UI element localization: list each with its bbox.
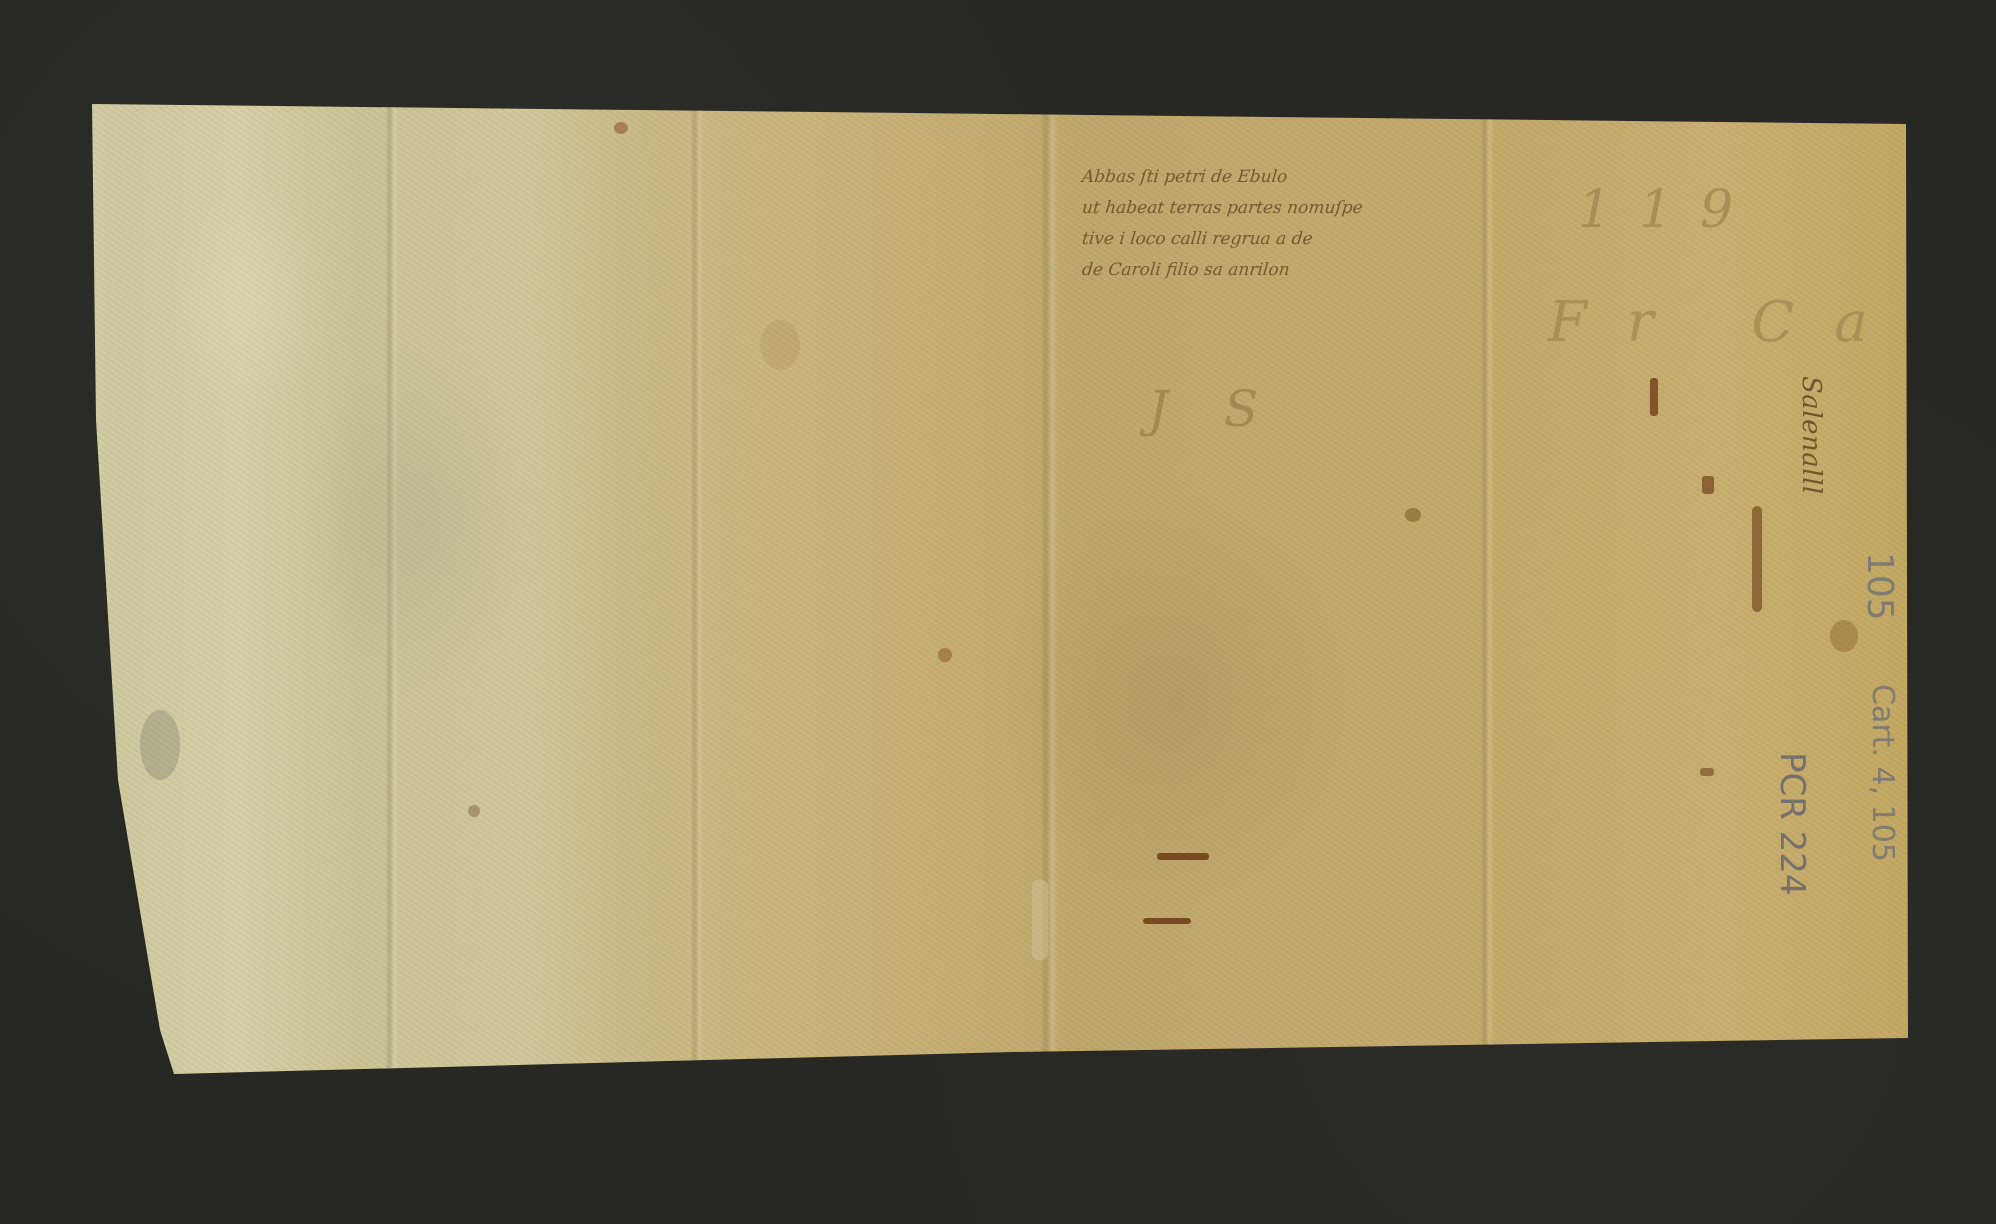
- stain: [614, 122, 628, 134]
- ink-mark: [1157, 853, 1209, 860]
- stain: [938, 648, 952, 662]
- stain: [140, 710, 180, 780]
- stain: [468, 805, 480, 817]
- pencil-shelfmark-reference: PCR 224: [1772, 752, 1812, 896]
- stain: [1032, 880, 1048, 960]
- dorsal-note: Abbas ſti petri de Ebulo ut habeat terra…: [1082, 162, 1422, 286]
- fold-line: [1480, 110, 1494, 1050]
- fold-line: [690, 100, 704, 1080]
- ink-mark: [1650, 378, 1658, 416]
- center-mark: J S: [1148, 380, 1278, 438]
- vertical-script: Salenalll: [1796, 376, 1826, 495]
- fold-line: [385, 100, 399, 1080]
- dorsal-note-line: ut habeat terras partes nomuſpe: [1080, 193, 1423, 224]
- numeral-inscription: 119: [1578, 180, 1761, 240]
- stain: [760, 320, 800, 370]
- ink-mark: [1700, 768, 1714, 776]
- ink-mark: [1143, 918, 1191, 924]
- dorsal-note-line: tive i loco calli regrua a de: [1080, 224, 1423, 255]
- dorsal-note-line: de Caroli filio sa anrilon: [1080, 255, 1423, 286]
- ink-mark: [1752, 506, 1762, 612]
- pencil-shelfmark-cartella: Cart. 4, 105: [1865, 684, 1900, 862]
- ink-mark: [1702, 476, 1714, 494]
- stain: [1405, 508, 1421, 522]
- fold-line: [1040, 100, 1058, 1060]
- secondary-inscription: Fr Ca: [1548, 290, 1908, 355]
- stain: [1830, 620, 1858, 652]
- pencil-shelfmark-number: 105: [1859, 552, 1900, 621]
- dorsal-note-line: Abbas ſti petri de Ebulo: [1080, 162, 1423, 193]
